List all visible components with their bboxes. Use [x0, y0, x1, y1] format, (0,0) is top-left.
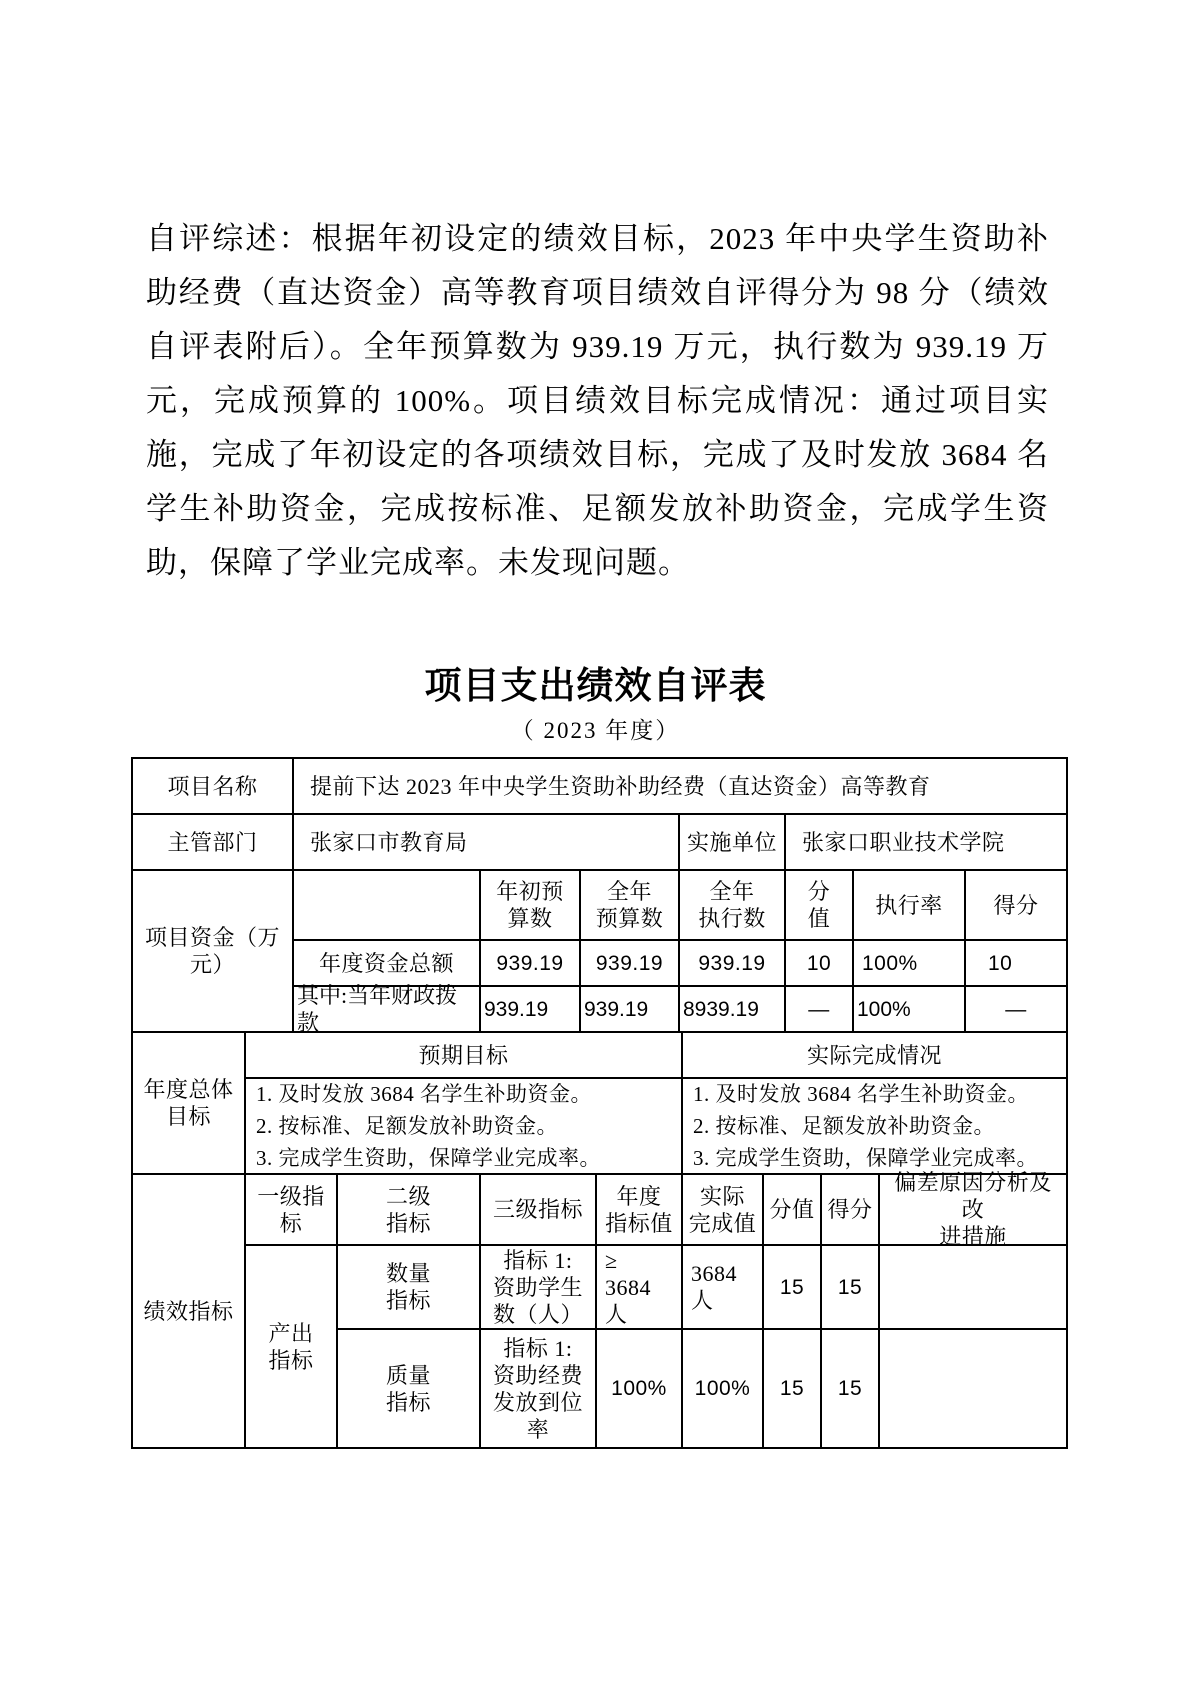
output-indicator-rows: 数量 指标 指标 1: 资助学生 数（人） ≥ 3684 人 3684 人 15… — [338, 1246, 1066, 1447]
col-level2-indicator: 二级 指标 — [338, 1175, 481, 1244]
goals-grid: 预期目标 实际完成情况 1. 及时发放 3684 名学生补助资金。 2. 按标准… — [246, 1033, 1066, 1173]
annual-budget-value: 939.19 — [581, 941, 680, 985]
document-page: 自评综述：根据年初设定的绩效目标，2023 年中央学生资助补助经费（直达资金）高… — [0, 0, 1191, 1684]
expected-goal-header: 预期目标 — [246, 1033, 683, 1077]
col-points: 分 值 — [786, 871, 854, 939]
goals-header-row: 预期目标 实际完成情况 — [246, 1033, 1066, 1079]
execution-rate-value: 100% — [854, 987, 966, 1031]
table-row: 项目名称 提前下达 2023 年中央学生资助补助经费（直达资金）高等教育 — [133, 759, 1066, 815]
self-evaluation-summary: 自评综述：根据年初设定的绩效目标，2023 年中央学生资助补助经费（直达资金）高… — [146, 212, 1049, 590]
col-level3-indicator: 三级指标 — [481, 1175, 597, 1244]
project-name-label: 项目名称 — [133, 759, 294, 813]
implementer-value: 张家口职业技术学院 — [786, 815, 1066, 869]
funding-row-name: 其中:当年财政拨款 — [294, 987, 481, 1031]
department-value: 张家口市教育局 — [294, 815, 680, 869]
col-annual-budget: 全年 预算数 — [581, 871, 680, 939]
level3-indicator-value: 指标 1: 资助经费 发放到位 率 — [481, 1330, 597, 1447]
indicators-section: 绩效指标 一级指标 二级 指标 三级指标 年度 指标值 实际 完成值 分值 得分… — [133, 1175, 1066, 1447]
col-executed: 全年 执行数 — [680, 871, 786, 939]
deviation-analysis-value — [880, 1330, 1066, 1447]
implementer-label: 实施单位 — [680, 815, 786, 869]
indicators-grid: 一级指标 二级 指标 三级指标 年度 指标值 实际 完成值 分值 得分 偏差原因… — [246, 1175, 1066, 1447]
funding-blank-cell — [294, 871, 481, 939]
points-value: — — [786, 987, 854, 1031]
points-value: 10 — [786, 941, 854, 985]
page-subtitle: （ 2023 年度） — [0, 712, 1191, 745]
annual-budget-value: 939.19 — [581, 987, 680, 1031]
col-score: 得分 — [822, 1175, 880, 1244]
goals-content-row: 1. 及时发放 3684 名学生补助资金。 2. 按标准、足额发放补助资金。 3… — [246, 1079, 1066, 1173]
funding-section: 项目资金（万 元） 年初预 算数 全年 预算数 全年 执行数 分 值 执行率 得… — [133, 871, 1066, 1033]
funding-row-appropriation: 其中:当年财政拨款 939.19 939.19 8939.19 — 100% — — [294, 987, 1066, 1031]
score-value: 10 — [966, 941, 1066, 985]
score-value: 15 — [822, 1246, 880, 1328]
score-value: 15 — [822, 1330, 880, 1447]
annual-target-value: ≥ 3684 人 — [597, 1246, 683, 1328]
actual-completion-value: 1. 及时发放 3684 名学生补助资金。 2. 按标准、足额发放补助资金。 3… — [683, 1079, 1066, 1173]
col-deviation-analysis: 偏差原因分析及改 进措施 — [880, 1175, 1066, 1244]
points-value: 15 — [764, 1246, 822, 1328]
actual-completion-value: 3684 人 — [683, 1246, 764, 1328]
col-score: 得分 — [966, 871, 1066, 939]
funding-header-row: 年初预 算数 全年 预算数 全年 执行数 分 值 执行率 得分 — [294, 871, 1066, 941]
funding-grid: 年初预 算数 全年 预算数 全年 执行数 分 值 执行率 得分 年度资金总额 9… — [294, 871, 1066, 1031]
indicator-row-quality: 质量 指标 指标 1: 资助经费 发放到位 率 100% 100% 15 15 — [338, 1330, 1066, 1447]
initial-budget-value: 939.19 — [481, 941, 581, 985]
funding-label: 项目资金（万 元） — [133, 871, 294, 1031]
level1-indicator-value: 产出 指标 — [246, 1246, 338, 1447]
funding-row-name: 年度资金总额 — [294, 941, 481, 985]
col-execution-rate: 执行率 — [854, 871, 966, 939]
goals-section: 年度总体 目标 预期目标 实际完成情况 1. 及时发放 3684 名学生补助资金… — [133, 1033, 1066, 1175]
col-level1-indicator: 一级指标 — [246, 1175, 338, 1244]
indicators-label: 绩效指标 — [133, 1175, 246, 1447]
execution-rate-value: 100% — [854, 941, 966, 985]
indicators-header-row: 一级指标 二级 指标 三级指标 年度 指标值 实际 完成值 分值 得分 偏差原因… — [246, 1175, 1066, 1246]
output-indicator-block: 产出 指标 数量 指标 指标 1: 资助学生 数（人） ≥ 3684 人 368… — [246, 1246, 1066, 1447]
department-label: 主管部门 — [133, 815, 294, 869]
page-title: 项目支出绩效自评表 — [0, 655, 1191, 709]
annual-target-value: 100% — [597, 1330, 683, 1447]
funding-row-total: 年度资金总额 939.19 939.19 939.19 10 100% 10 — [294, 941, 1066, 987]
initial-budget-value: 939.19 — [481, 987, 581, 1031]
goals-label: 年度总体 目标 — [133, 1033, 246, 1173]
project-name-value: 提前下达 2023 年中央学生资助补助经费（直达资金）高等教育 — [294, 759, 1066, 813]
score-value: — — [966, 987, 1066, 1031]
deviation-analysis-value — [880, 1246, 1066, 1328]
col-annual-target: 年度 指标值 — [597, 1175, 683, 1244]
level3-indicator-value: 指标 1: 资助学生 数（人） — [481, 1246, 597, 1328]
col-points: 分值 — [764, 1175, 822, 1244]
points-value: 15 — [764, 1330, 822, 1447]
executed-value: 939.19 — [680, 941, 786, 985]
executed-value: 8939.19 — [680, 987, 786, 1031]
level2-indicator-value: 数量 指标 — [338, 1246, 481, 1328]
col-actual-value: 实际 完成值 — [683, 1175, 764, 1244]
actual-completion-header: 实际完成情况 — [683, 1033, 1066, 1077]
self-evaluation-table: 项目名称 提前下达 2023 年中央学生资助补助经费（直达资金）高等教育 主管部… — [131, 757, 1068, 1449]
col-initial-budget: 年初预 算数 — [481, 871, 581, 939]
table-row: 主管部门 张家口市教育局 实施单位 张家口职业技术学院 — [133, 815, 1066, 871]
level2-indicator-value: 质量 指标 — [338, 1330, 481, 1447]
expected-goal-value: 1. 及时发放 3684 名学生补助资金。 2. 按标准、足额发放补助资金。 3… — [246, 1079, 683, 1173]
actual-completion-value: 100% — [683, 1330, 764, 1447]
indicator-row-quantity: 数量 指标 指标 1: 资助学生 数（人） ≥ 3684 人 3684 人 15… — [338, 1246, 1066, 1330]
